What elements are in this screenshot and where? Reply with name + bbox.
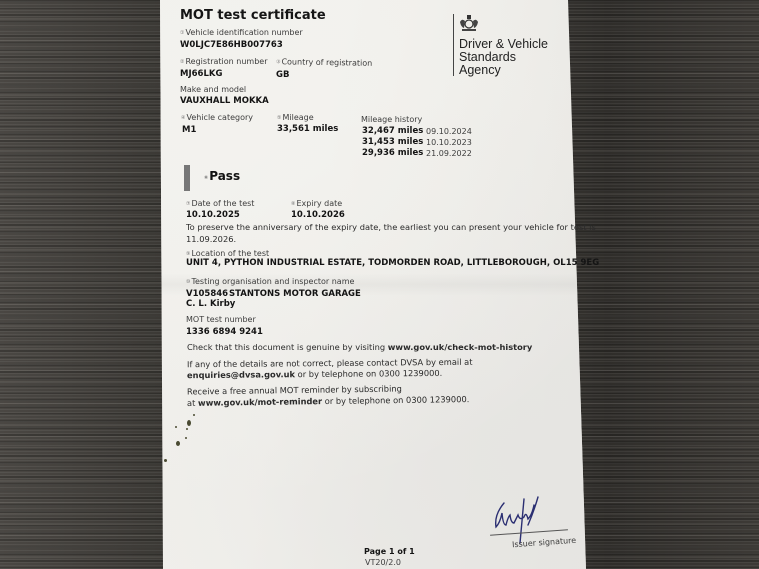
inspector-name: C. L. Kirby (186, 299, 235, 309)
stain (175, 426, 177, 428)
mot-certificate-paper (0, 0, 759, 569)
mileage-history-miles-2: 29,936 miles (362, 148, 423, 158)
marker-icon: ② (180, 59, 184, 65)
registration-value: MJ66LKG (180, 69, 222, 79)
country-value: GB (276, 70, 289, 80)
mileage-history-label: Mileage history (361, 115, 422, 124)
marker-icon: ⑧ (291, 201, 295, 207)
stain (185, 437, 187, 439)
vin-label: ①Vehicle identification number (180, 28, 303, 37)
testing-site-id: V105846 (186, 289, 228, 299)
testing-org-label: ⑩Testing organisation and inspector name (186, 277, 354, 286)
result-indicator-bar (184, 165, 190, 191)
marker-icon: ① (180, 30, 184, 36)
marker-icon: ⑥ (204, 175, 208, 181)
registration-label: ②Registration number (180, 57, 268, 66)
marker-icon: ⑩ (186, 279, 190, 285)
check-genuine-text: Check that this document is genuine by v… (187, 342, 532, 352)
mileage-history-date-2: 21.09.2022 (426, 149, 472, 158)
marker-icon: ⑤ (277, 115, 281, 121)
form-code: VT20/2.0 (365, 558, 401, 567)
mileage-value: 33,561 miles (277, 124, 338, 134)
test-result: ⑥Pass (204, 169, 240, 183)
marker-icon: ③ (276, 59, 281, 65)
marker-icon: ④ (181, 115, 185, 121)
anniversary-note-line2: 11.09.2026. (186, 234, 236, 244)
category-label: ④Vehicle category (181, 113, 253, 122)
mileage-history-miles-1: 31,453 miles (362, 137, 423, 147)
expiry-date-value: 10.10.2026 (291, 210, 345, 220)
page-number: Page 1 of 1 (364, 547, 415, 556)
location-label: ⑨Location of the test (186, 249, 269, 258)
marker-icon: ⑦ (186, 201, 190, 207)
make-model-label: Make and model (180, 85, 246, 94)
anniversary-note-line1: To preserve the anniversary of the expir… (186, 222, 596, 232)
test-number-label: MOT test number (186, 315, 256, 324)
mileage-label: ⑤Mileage (277, 113, 314, 122)
stain (176, 441, 180, 446)
test-number-value: 1336 6894 9241 (186, 327, 263, 337)
mileage-history-miles-0: 32,467 miles (362, 126, 423, 136)
category-value: M1 (182, 125, 196, 135)
marker-icon: ⑨ (186, 251, 190, 257)
mot-reminder-link[interactable]: www.gov.uk/mot-reminder (198, 396, 322, 408)
logo-divider (453, 14, 454, 76)
testing-garage-name: STANTONS MOTOR GARAGE (229, 289, 361, 299)
stain (164, 459, 167, 462)
country-label: ③Country of registration (276, 57, 372, 68)
agency-name-line3: Agency (459, 64, 501, 77)
stain (187, 420, 191, 426)
make-model-value: VAUXHALL MOKKA (180, 96, 269, 106)
stain (186, 428, 188, 430)
test-date-value: 10.10.2025 (186, 210, 240, 220)
stain (193, 414, 195, 416)
test-date-label: ⑦Date of the test (186, 199, 254, 208)
mileage-history-date-0: 09.10.2024 (426, 127, 472, 136)
mileage-history-date-1: 10.10.2023 (426, 138, 472, 147)
royal-crest-icon (458, 14, 480, 32)
check-mot-history-link[interactable]: www.gov.uk/check-mot-history (388, 342, 533, 352)
dvsa-email-link[interactable]: enquiries@dvsa.gov.uk (187, 369, 295, 380)
location-value: UNIT 4, PYTHON INDUSTRIAL ESTATE, TODMOR… (186, 258, 599, 268)
expiry-date-label: ⑧Expiry date (291, 199, 342, 208)
document-title: MOT test certificate (180, 8, 326, 23)
vin-value: W0LJC7E86HB007763 (180, 40, 283, 50)
